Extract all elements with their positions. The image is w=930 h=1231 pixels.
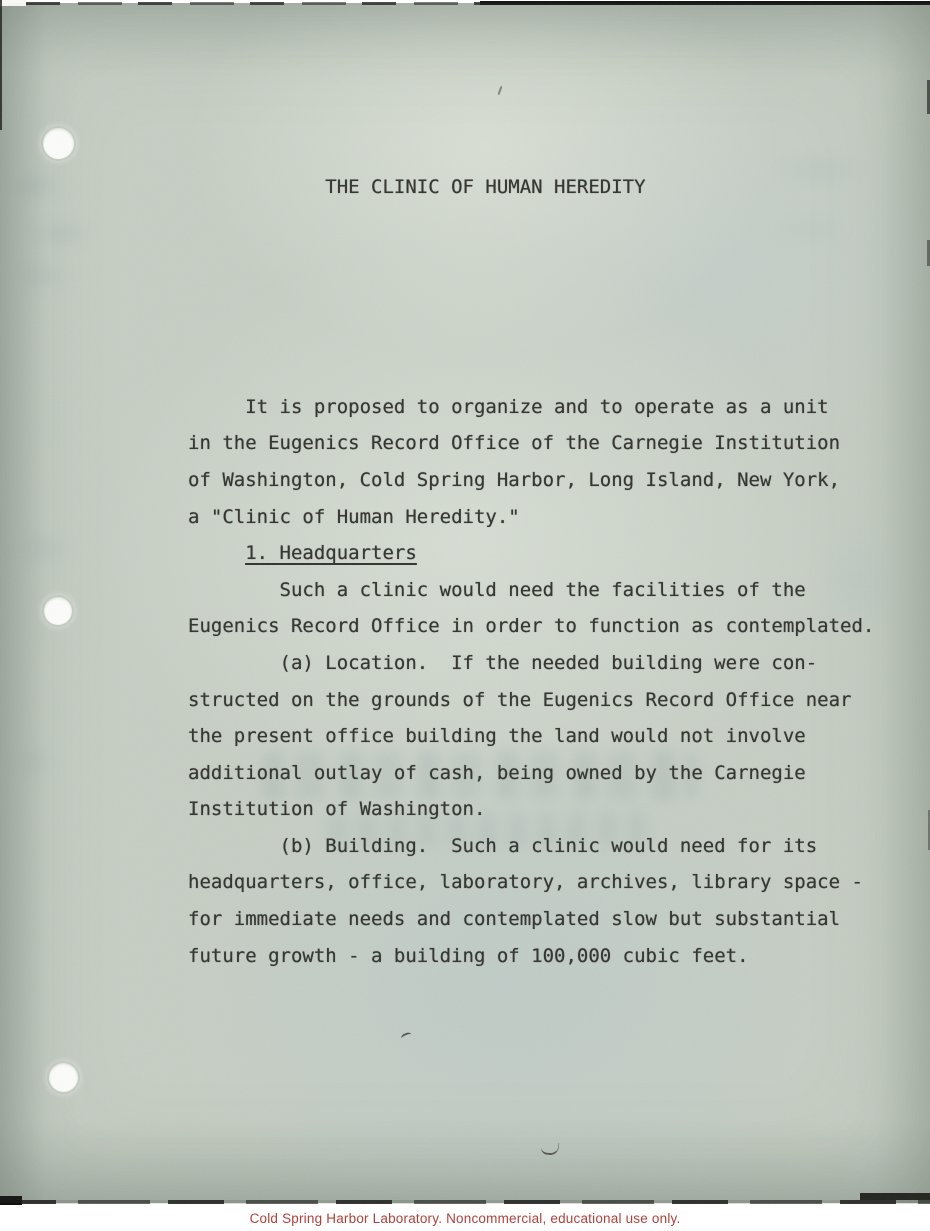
doc-line: (b) Building. Such a clinic would need f… xyxy=(188,828,894,865)
doc-line: Institution of Washington. xyxy=(188,791,894,828)
scan-edge-left xyxy=(0,0,2,130)
scan-edge-bottom-right-block xyxy=(860,1193,930,1200)
doc-line: structed on the grounds of the Eugenics … xyxy=(188,682,894,719)
doc-line: a "Clinic of Human Heredity." xyxy=(188,499,894,536)
doc-line: It is proposed to organize and to operat… xyxy=(188,389,894,426)
punch-hole-top xyxy=(43,128,74,159)
doc-line: (a) Location. If the needed building wer… xyxy=(188,645,894,682)
scan-edge-top-dashed xyxy=(26,2,486,5)
scan-edge-top-solid xyxy=(480,1,930,5)
doc-line: future growth - a building of 100,000 cu… xyxy=(188,938,894,975)
document-body: THE CLINIC OF HUMAN HEREDITY It is propo… xyxy=(188,96,894,1011)
doc-line: in the Eugenics Record Office of the Car… xyxy=(188,425,894,462)
scan-edge-bottom-left-block xyxy=(0,1196,22,1205)
document-lines: It is proposed to organize and to operat… xyxy=(188,279,894,974)
doc-line: of Washington, Cold Spring Harbor, Long … xyxy=(188,462,894,499)
doc-line: the present office building the land wou… xyxy=(188,718,894,755)
document-title: THE CLINIC OF HUMAN HEREDITY xyxy=(188,169,894,206)
punch-hole-middle xyxy=(44,597,72,625)
archival-footer: Cold Spring Harbor Laboratory. Noncommer… xyxy=(0,1205,930,1231)
doc-line: Eugenics Record Office in order to funct… xyxy=(188,608,894,645)
punch-hole-bottom xyxy=(49,1063,78,1092)
doc-line: additional outlay of cash, being owned b… xyxy=(188,755,894,792)
archival-credit-text: Cold Spring Harbor Laboratory. Noncommer… xyxy=(250,1211,681,1226)
doc-line: for immediate needs and contemplated slo… xyxy=(188,901,894,938)
doc-line: Such a clinic would need the facilities … xyxy=(188,572,894,609)
scan-edge-bottom-dashed xyxy=(0,1200,930,1204)
doc-line: 1. Headquarters xyxy=(188,535,894,572)
scan-edge-top-corner-gap xyxy=(0,0,26,6)
doc-line: headquarters, office, laboratory, archiv… xyxy=(188,864,894,901)
